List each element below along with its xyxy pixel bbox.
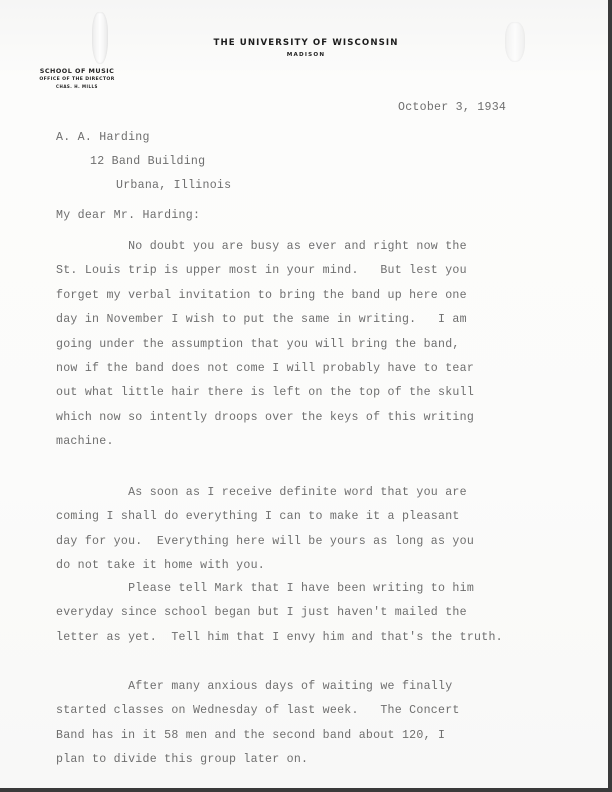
letterhead-institution: THE UNIVERSITY OF WISCONSIN	[0, 38, 608, 48]
body-line: forget my verbal invitation to bring the…	[56, 289, 467, 302]
salutation: My dear Mr. Harding:	[56, 209, 200, 222]
body-line: No doubt you are busy as ever and right …	[56, 240, 467, 253]
letterhead-director: CHAS. H. MILLS	[22, 83, 132, 90]
scan-edge-bottom	[0, 788, 612, 792]
body-line: day in November I wish to put the same i…	[56, 313, 467, 326]
body-line: day for you. Everything here will be you…	[56, 535, 474, 548]
letter-date: October 3, 1934	[398, 101, 506, 114]
body-line: letter as yet. Tell him that I envy him …	[56, 631, 503, 644]
body-line: which now so intently droops over the ke…	[56, 411, 474, 424]
body-line: As soon as I receive definite word that …	[56, 486, 467, 499]
letterhead-department: SCHOOL OF MUSIC	[22, 67, 132, 76]
body-line: plan to divide this group later on.	[56, 753, 308, 766]
letterhead-office: OFFICE OF THE DIRECTOR	[22, 76, 132, 83]
scan-edge-right	[608, 0, 612, 792]
body-line: going under the assumption that you will…	[56, 338, 460, 351]
body-line: Band has in it 58 men and the second ban…	[56, 729, 445, 742]
recipient-name: A. A. Harding	[56, 131, 150, 144]
letterhead-department-block: SCHOOL OF MUSIC OFFICE OF THE DIRECTOR C…	[22, 67, 132, 90]
body-line: St. Louis trip is upper most in your min…	[56, 264, 467, 277]
body-line: do not take it home with you.	[56, 559, 265, 572]
body-line: now if the band does not come I will pro…	[56, 362, 474, 375]
body-line: machine.	[56, 435, 114, 448]
body-line: Please tell Mark that I have been writin…	[56, 582, 474, 595]
letterhead-city: MADISON	[0, 52, 608, 58]
recipient-street: 12 Band Building	[90, 155, 205, 168]
body-line: coming I shall do everything I can to ma…	[56, 510, 460, 523]
letter-page: THE UNIVERSITY OF WISCONSIN MADISON SCHO…	[0, 0, 608, 788]
body-line: everyday since school began but I just h…	[56, 606, 467, 619]
body-line: After many anxious days of waiting we fi…	[56, 680, 452, 693]
body-line: started classes on Wednesday of last wee…	[56, 704, 460, 717]
recipient-city: Urbana, Illinois	[116, 179, 231, 192]
body-line: out what little hair there is left on th…	[56, 386, 474, 399]
